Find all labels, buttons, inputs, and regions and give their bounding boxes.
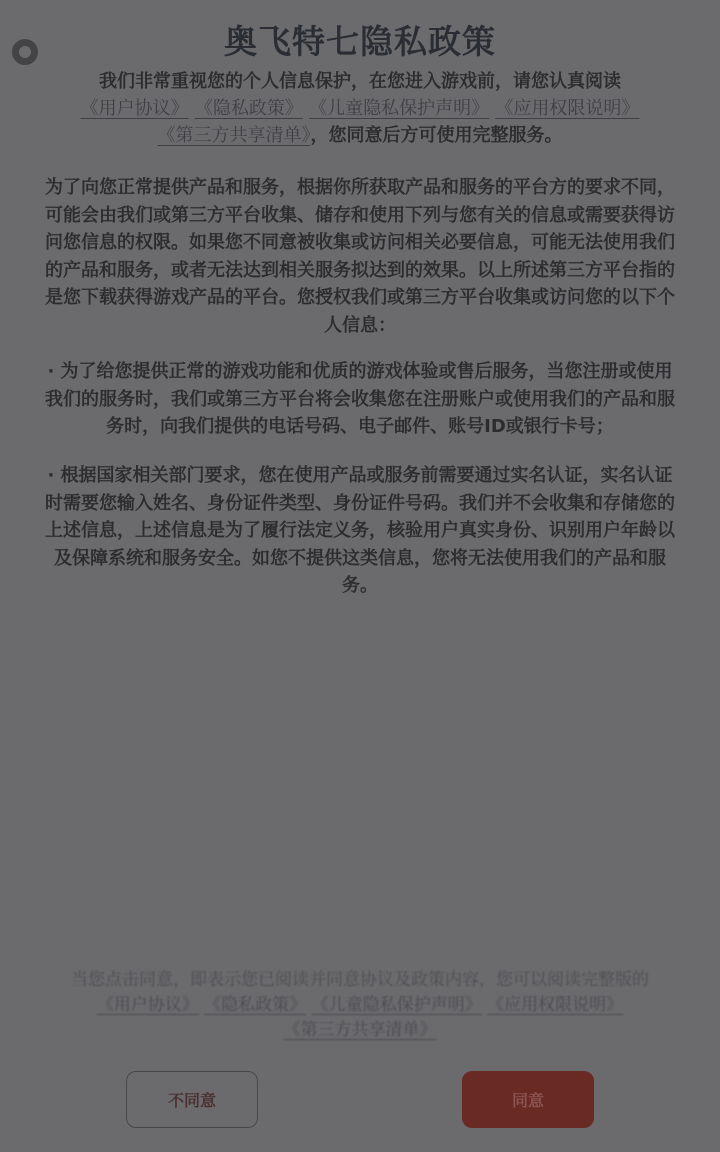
link-privacy-policy[interactable]: 《隐私政策》 bbox=[195, 98, 303, 119]
link-child-privacy[interactable]: 《儿童隐私保护声明》 bbox=[309, 98, 489, 119]
footer-link-third-party-list[interactable]: 《第三方共享清单》 bbox=[284, 1020, 437, 1040]
link-user-agreement[interactable]: 《用户协议》 bbox=[81, 98, 189, 119]
footer-link-child-privacy[interactable]: 《儿童隐私保护声明》 bbox=[312, 995, 482, 1015]
policy-paragraph: 为了向您正常提供产品和服务，根据你所获取产品和服务的平台方的要求不同，可能会由我… bbox=[40, 174, 680, 339]
policy-bullet-realname: · 根据国家相关部门要求，您在使用产品或服务前需要通过实名认证，实名认证时需要您… bbox=[40, 462, 680, 600]
intro-text: 我们非常重视您的个人信息保护，在您进入游戏前，请您认真阅读 《用户协议》 《隐私… bbox=[40, 68, 680, 149]
footer-lead: 当您点击同意，即表示您已阅读并同意协议及政策内容，您可以阅读完整版的 bbox=[71, 970, 649, 990]
page-title: 奥飞特七隐私政策 bbox=[0, 16, 720, 63]
agree-button[interactable]: 同意 bbox=[462, 1071, 594, 1128]
footer-consent-text: 当您点击同意，即表示您已阅读并同意协议及政策内容，您可以阅读完整版的 《用户协议… bbox=[55, 968, 665, 1043]
policy-bullet-contact: · 为了给您提供正常的游戏功能和优质的游戏体验或售后服务，当您注册或使用我们的服… bbox=[40, 358, 680, 441]
intro-tail: ，您同意后方可使用完整服务。 bbox=[311, 125, 563, 146]
footer-link-app-permissions[interactable]: 《应用权限说明》 bbox=[487, 995, 623, 1015]
footer-link-user-agreement[interactable]: 《用户协议》 bbox=[97, 995, 199, 1015]
disagree-button[interactable]: 不同意 bbox=[126, 1071, 258, 1128]
link-app-permissions[interactable]: 《应用权限说明》 bbox=[495, 98, 639, 119]
link-third-party-list[interactable]: 《第三方共享清单》 bbox=[158, 125, 311, 146]
footer-link-privacy-policy[interactable]: 《隐私政策》 bbox=[204, 995, 306, 1015]
intro-lead: 我们非常重视您的个人信息保护，在您进入游戏前，请您认真阅读 bbox=[99, 71, 621, 92]
